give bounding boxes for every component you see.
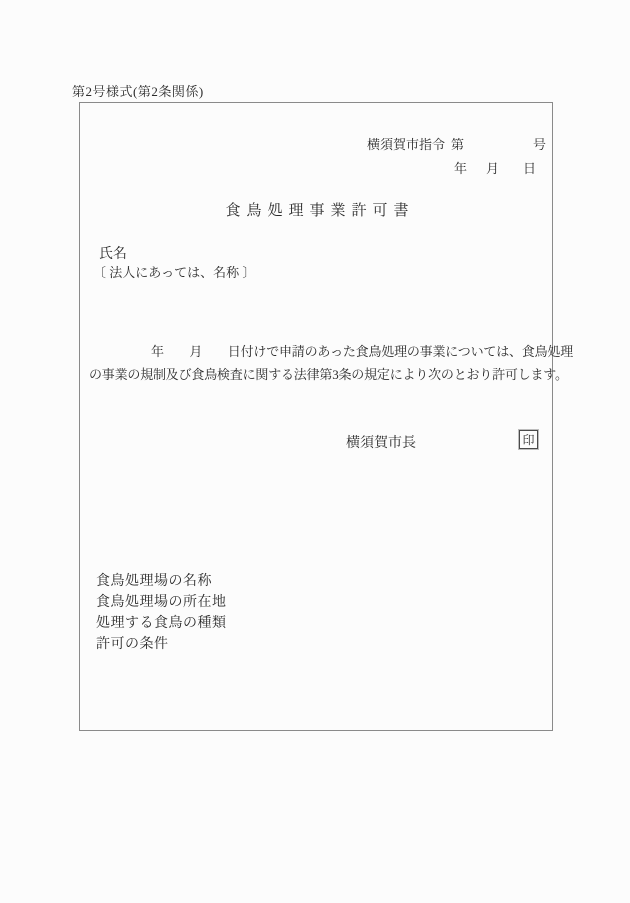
- corporate-name-note: 〔 法人にあっては、名称 〕: [93, 262, 255, 281]
- permit-document-frame: 横須賀市指令第号 年月日 食鳥処理事業許可書 氏名 〔 法人にあっては、名称 〕…: [79, 102, 553, 731]
- detail-item-plant-location: 食鳥処理場の所在地: [96, 592, 227, 613]
- date-day-label: 日: [523, 161, 536, 176]
- seal-placeholder-box: 印: [519, 430, 538, 449]
- date-month-label: 月: [486, 161, 499, 176]
- date-year-label: 年: [454, 161, 467, 176]
- permit-details-list: 食鳥処理場の名称 食鳥処理場の所在地 処理する食鳥の種類 許可の条件: [96, 571, 227, 655]
- directive-number-suffix: 号: [533, 137, 546, 152]
- body-text-line-2: の事業の規制及び食鳥検査に関する法律第3条の規定により次のとおり許可します。: [89, 364, 568, 383]
- document-page: 第2号様式(第2条関係) 横須賀市指令第号 年月日 食鳥処理事業許可書 氏名 〔…: [0, 0, 630, 903]
- form-number-label: 第2号様式(第2条関係): [72, 81, 204, 100]
- detail-item-plant-name: 食鳥処理場の名称: [96, 571, 227, 592]
- body-text-line-1: 年 月 日付けで申請のあった食鳥処理の事業については、食鳥処理: [151, 341, 573, 360]
- directive-number-line: 横須賀市指令第号: [367, 134, 546, 153]
- issue-date-line: 年月日: [454, 158, 536, 177]
- detail-item-poultry-type: 処理する食鳥の種類: [96, 613, 227, 634]
- directive-number-prefix: 第: [451, 137, 464, 152]
- addressee-name-label: 氏名: [99, 243, 127, 263]
- document-title: 食鳥処理事業許可書: [80, 199, 554, 220]
- signer-title: 横須賀市長: [346, 432, 416, 452]
- detail-item-permit-conditions: 許可の条件: [96, 634, 227, 655]
- directive-issuer: 横須賀市指令: [367, 137, 445, 152]
- seal-mark: 印: [522, 431, 534, 448]
